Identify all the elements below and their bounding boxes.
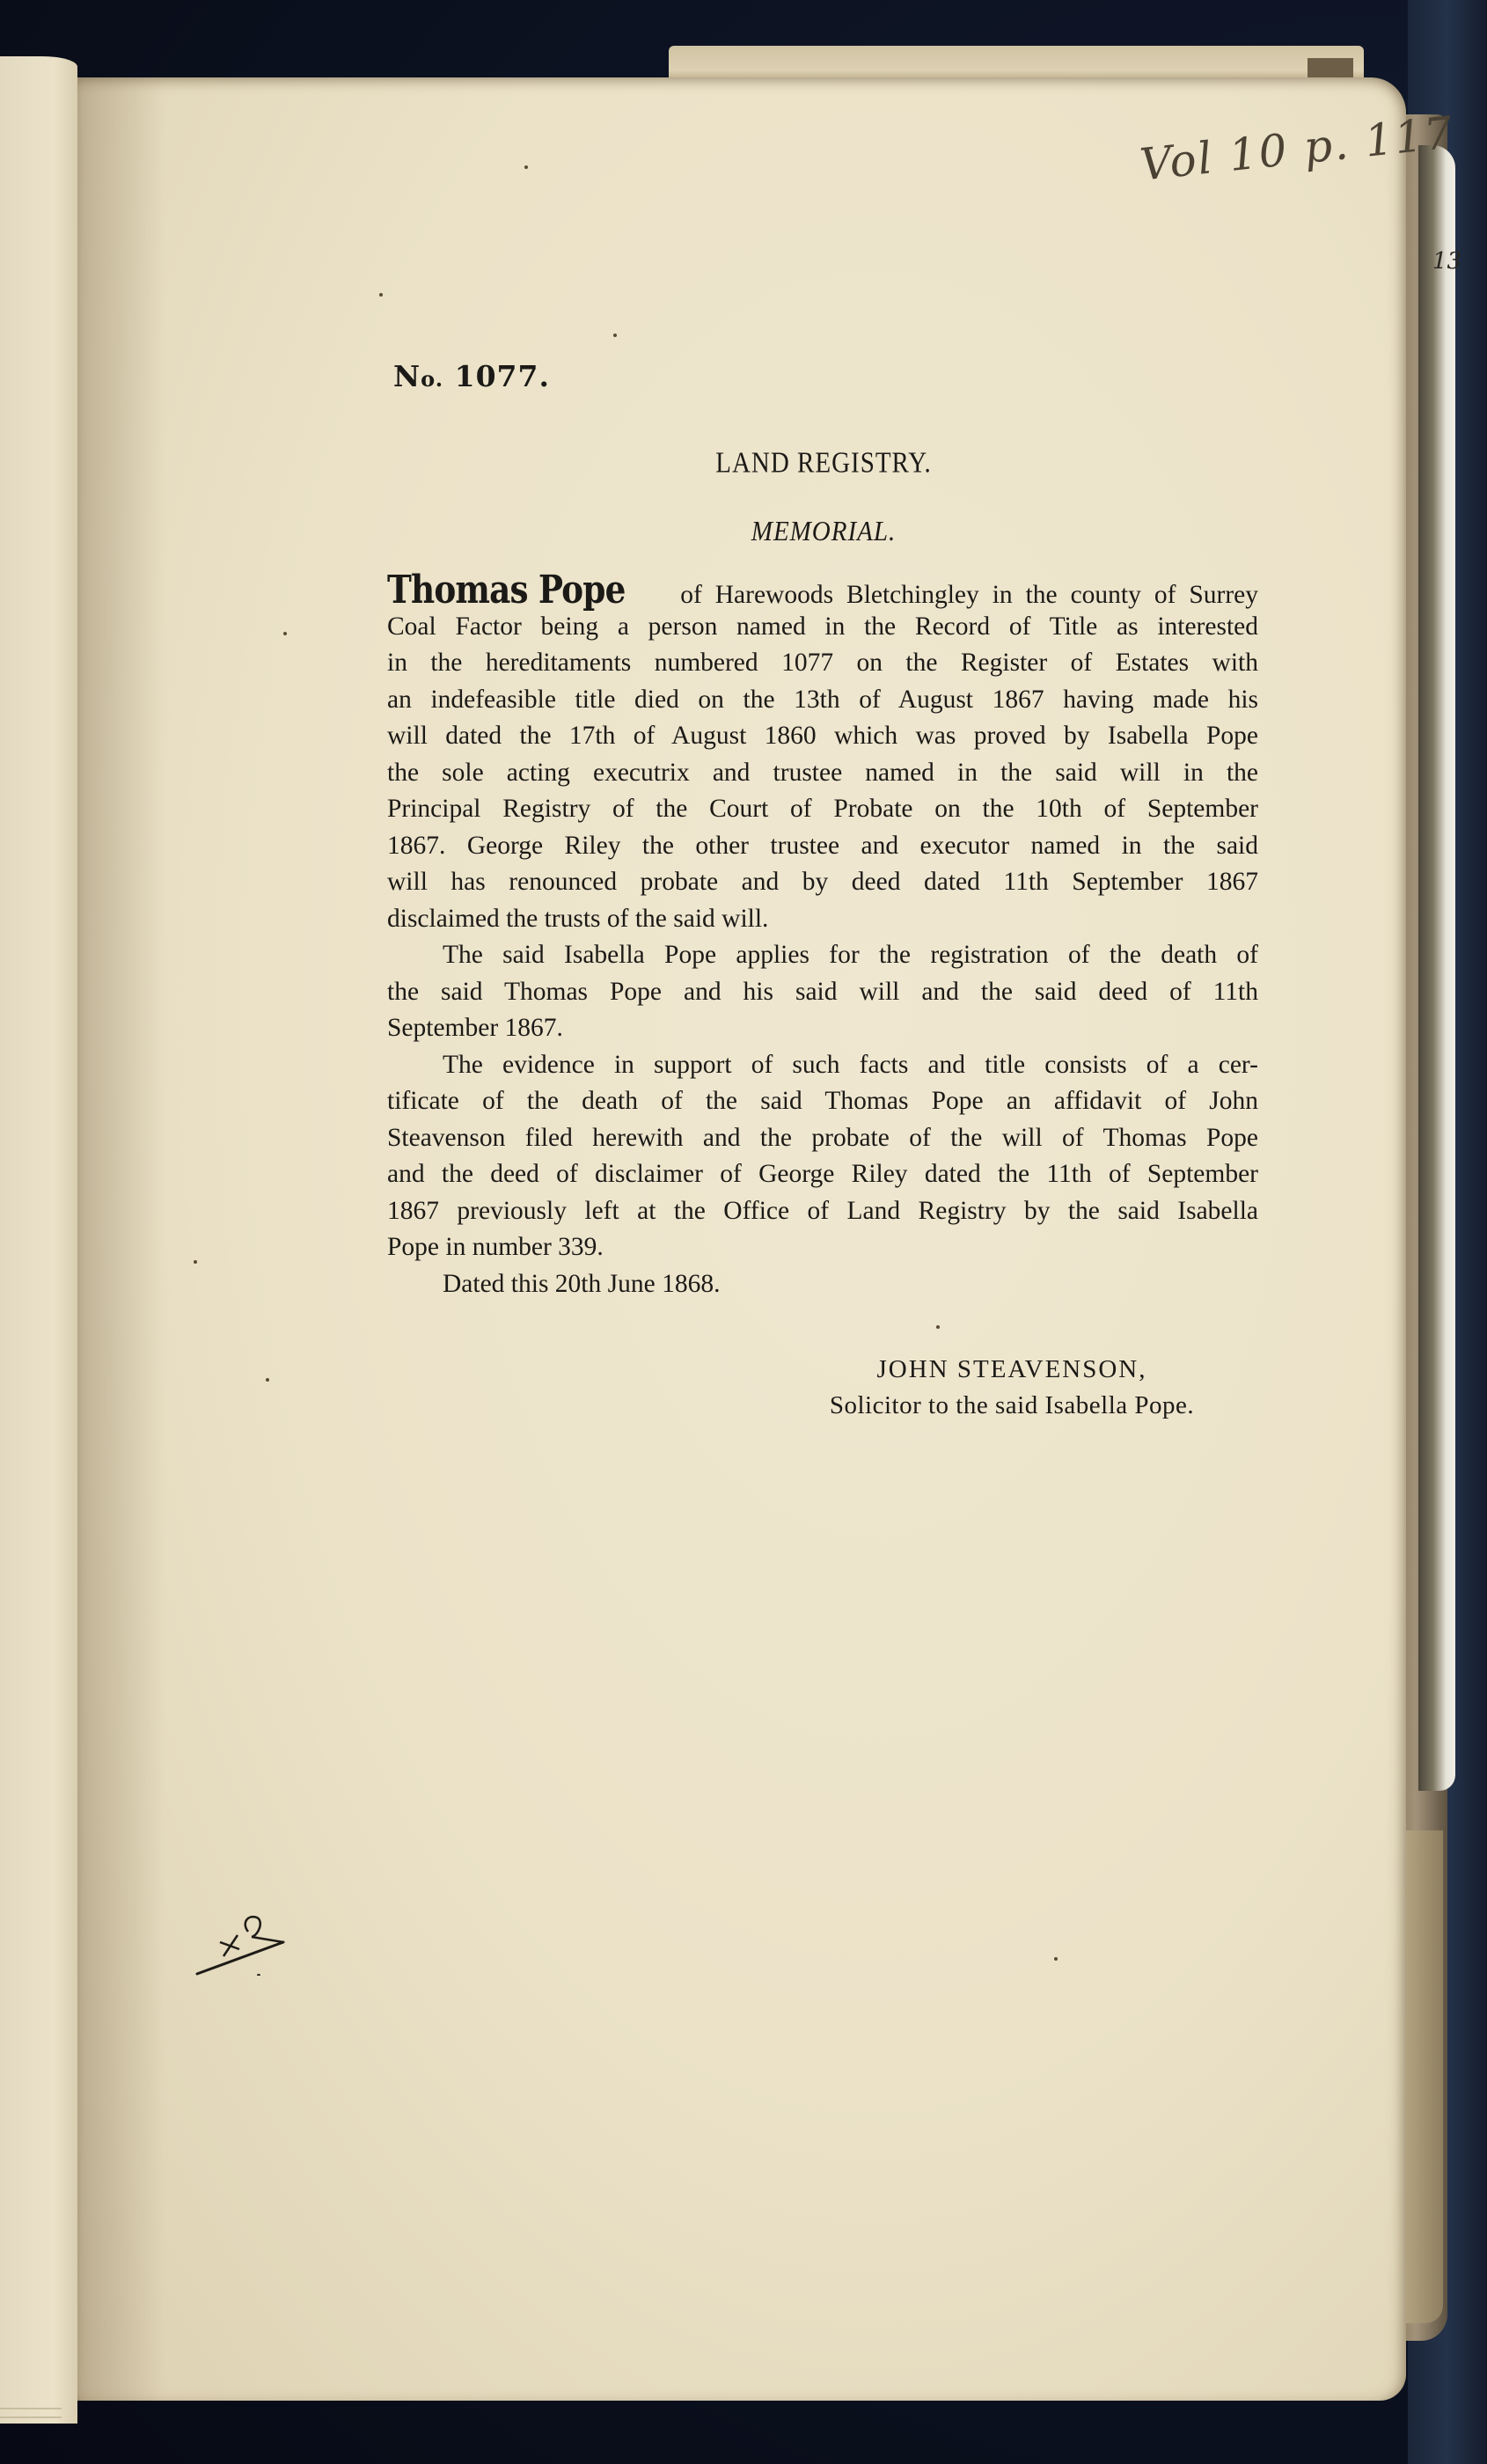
body-line: will dated the 17th of August 1860 which… bbox=[387, 718, 1258, 755]
body-line: the said Thomas Pope and his said will a… bbox=[387, 974, 1258, 1011]
body-line: 1867 previously left at the Office of La… bbox=[387, 1193, 1258, 1230]
body-line: the sole acting executrix and trustee na… bbox=[387, 755, 1258, 792]
side-leaf-folded bbox=[1418, 145, 1455, 1791]
document-title: LAND REGISTRY. bbox=[370, 447, 1278, 480]
speck bbox=[936, 1325, 940, 1329]
dated-line: Dated this 20th June 1868. bbox=[387, 1266, 1258, 1303]
memorial-body: Thomas Pope of Harewoods Bletchingley in… bbox=[387, 572, 1258, 1302]
body-line: and the deed of disclaimer of George Ril… bbox=[387, 1156, 1258, 1193]
document-number: No. 1077. bbox=[393, 359, 550, 393]
speck bbox=[283, 632, 287, 635]
pencil-annotation-mark bbox=[195, 1905, 292, 1976]
body-line: Principal Registry of the Court of Proba… bbox=[387, 791, 1258, 828]
number-prefix-small: o. bbox=[421, 366, 443, 392]
body-line: The said Isabella Pope applies for the r… bbox=[387, 937, 1258, 974]
signatory-name: JOHN STEAVENSON, bbox=[774, 1355, 1249, 1384]
opening-name-blackletter: Thomas Pope bbox=[387, 572, 626, 609]
number-prefix: N bbox=[393, 359, 421, 393]
body-line: September 1867. bbox=[387, 1010, 1258, 1047]
side-leaf-number: 13 bbox=[1432, 248, 1461, 275]
left-facing-page-edge bbox=[0, 56, 77, 2424]
body-line: in the hereditaments numbered 1077 on th… bbox=[387, 645, 1258, 682]
body-line: will has renounced probate and by deed d… bbox=[387, 864, 1258, 901]
speck bbox=[1054, 1957, 1058, 1961]
body-line: disclaimed the trusts of the said will. bbox=[387, 901, 1258, 938]
number-value: 1077. bbox=[455, 359, 550, 393]
body-line: 1867. George Riley the other trustee and… bbox=[387, 828, 1258, 865]
page-binding-shadow bbox=[77, 77, 165, 2401]
page-edge-line bbox=[0, 2408, 62, 2409]
speck bbox=[266, 1378, 269, 1382]
speck bbox=[613, 334, 617, 337]
signatory-title: Solicitor to the said Isabella Pope. bbox=[774, 1391, 1249, 1420]
back-leaf-top-edge bbox=[669, 46, 1364, 81]
body-line: tificate of the death of the said Thomas… bbox=[387, 1083, 1258, 1120]
speck bbox=[379, 293, 383, 297]
speck bbox=[194, 1260, 197, 1264]
body-line: Pope in number 339. bbox=[387, 1229, 1258, 1266]
body-line: Thomas Pope of Harewoods Bletchingley in… bbox=[387, 572, 1258, 609]
body-line: Steavenson filed herewith and the probat… bbox=[387, 1120, 1258, 1157]
page-edge-line bbox=[0, 2416, 62, 2418]
body-line: Coal Factor being a person named in the … bbox=[387, 609, 1258, 646]
body-line: an indefeasible title died on the 13th o… bbox=[387, 682, 1258, 719]
document-subtitle: MEMORIAL. bbox=[370, 516, 1278, 547]
body-line: The evidence in support of such facts an… bbox=[387, 1047, 1258, 1084]
speck bbox=[524, 165, 528, 169]
